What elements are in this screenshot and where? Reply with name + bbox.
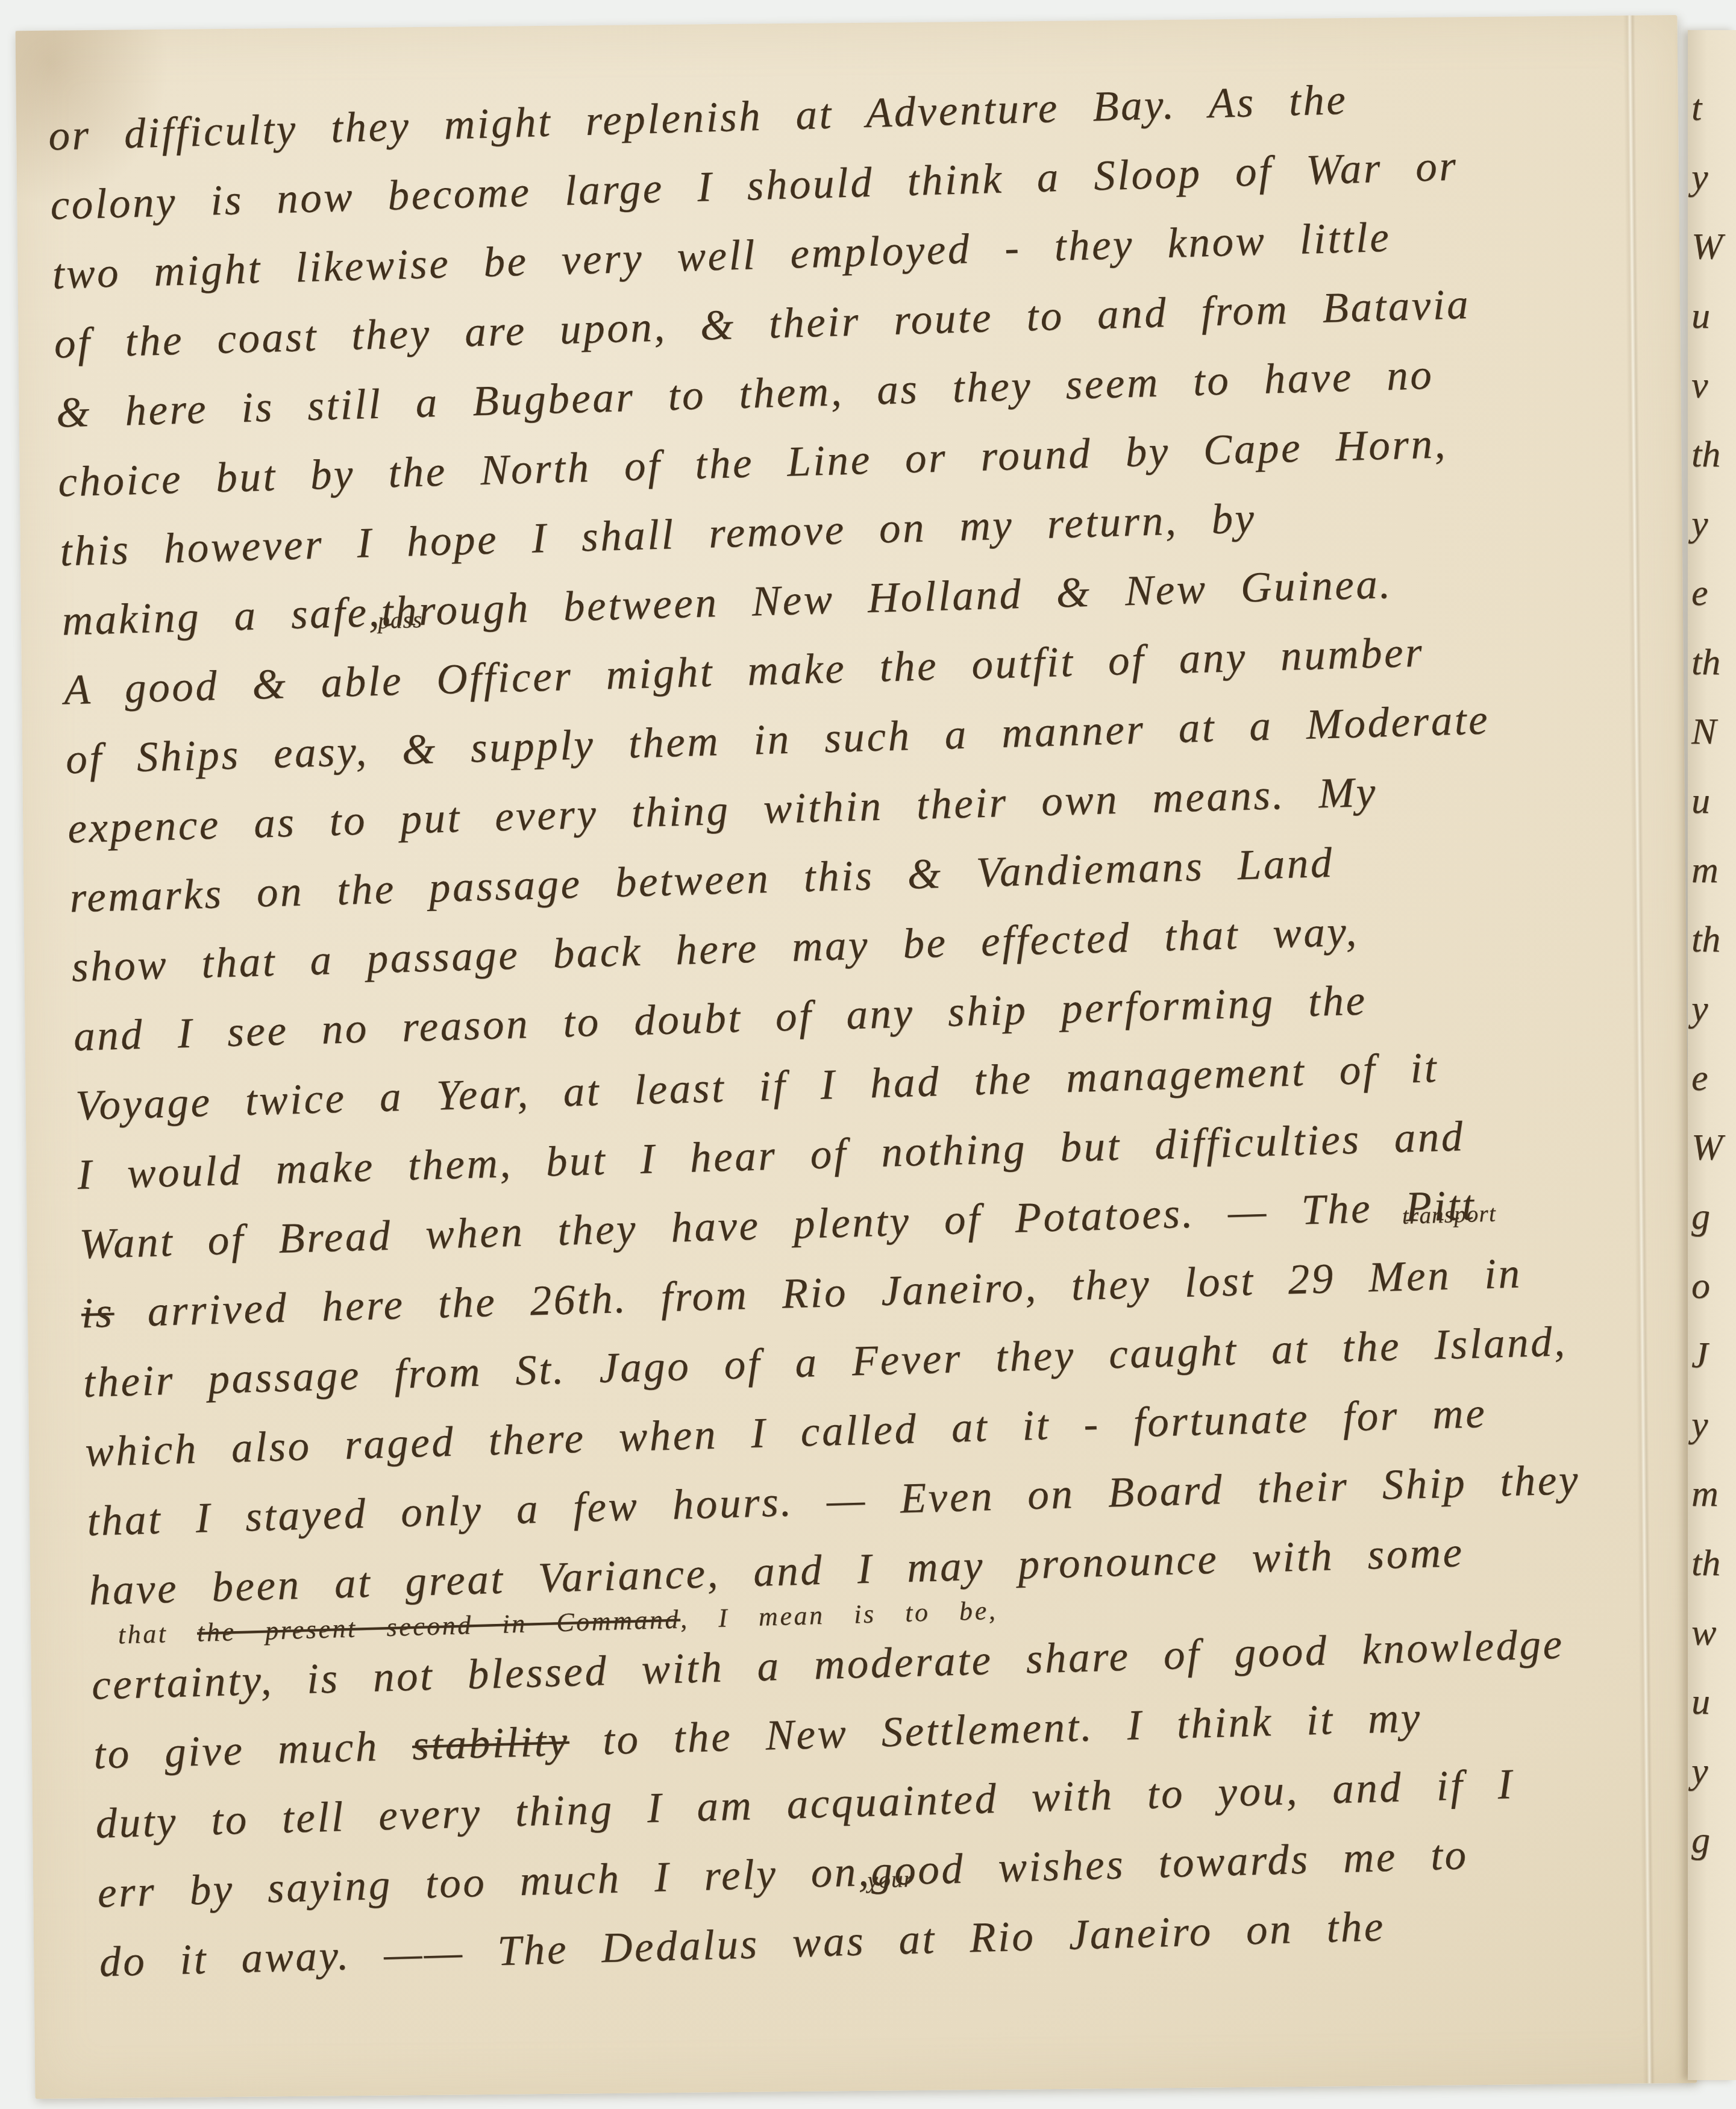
page2-fragment: v: [1691, 351, 1723, 420]
page2-fragment: W: [1691, 1113, 1723, 1182]
fold-crease: [1623, 16, 1655, 2084]
page2-fragment: g: [1691, 1806, 1723, 1875]
page2-fragment: y: [1691, 489, 1723, 559]
page2-fragment: u: [1691, 281, 1723, 351]
page2-fragment: y: [1691, 1737, 1723, 1806]
page2-fragment: y: [1691, 974, 1723, 1044]
page2-fragment: t: [1691, 74, 1723, 143]
inserted-word: pass: [378, 608, 423, 633]
manuscript-scan: or difficulty they might replenish at Ad…: [0, 0, 1736, 2109]
inserted-word: your: [867, 1867, 913, 1892]
page2-fragment: w: [1691, 1598, 1723, 1667]
page2-fragment: th: [1691, 420, 1723, 489]
page2-fragment: y: [1691, 1390, 1723, 1459]
page2-fragment: m: [1691, 1459, 1723, 1529]
adjacent-page-strokes: t y W u v th y e th N u m th y e W g o J…: [1691, 74, 1723, 1944]
letter-page: or difficulty they might replenish at Ad…: [16, 15, 1697, 2099]
page2-fragment: W: [1691, 212, 1723, 281]
page2-fragment: th: [1691, 628, 1723, 697]
page2-fragment: e: [1691, 1044, 1723, 1113]
page2-fragment: u: [1691, 766, 1723, 836]
struck-word: is: [81, 1290, 115, 1337]
struck-word: stability: [412, 1718, 570, 1769]
page2-fragment: m: [1691, 836, 1723, 905]
page2-fragment: N: [1691, 697, 1723, 766]
inserted-word-anchor: transportPitt: [1405, 1171, 1477, 1242]
page2-fragment: e: [1691, 559, 1723, 628]
page2-fragment: o: [1691, 1252, 1723, 1321]
page2-fragment: u: [1691, 1667, 1723, 1737]
adjacent-page-edge: t y W u v th y e th N u m th y e W g o J…: [1688, 30, 1736, 2080]
page2-fragment: [1691, 1875, 1723, 1944]
page2-fragment: y: [1691, 143, 1723, 212]
page2-fragment: th: [1691, 905, 1723, 974]
letter-text-block: or difficulty they might replenish at Ad…: [48, 60, 1593, 1998]
page2-fragment: th: [1691, 1529, 1723, 1598]
inserted-word: transport: [1402, 1202, 1496, 1227]
page2-fragment: g: [1691, 1182, 1723, 1252]
page2-fragment: J: [1691, 1321, 1723, 1390]
